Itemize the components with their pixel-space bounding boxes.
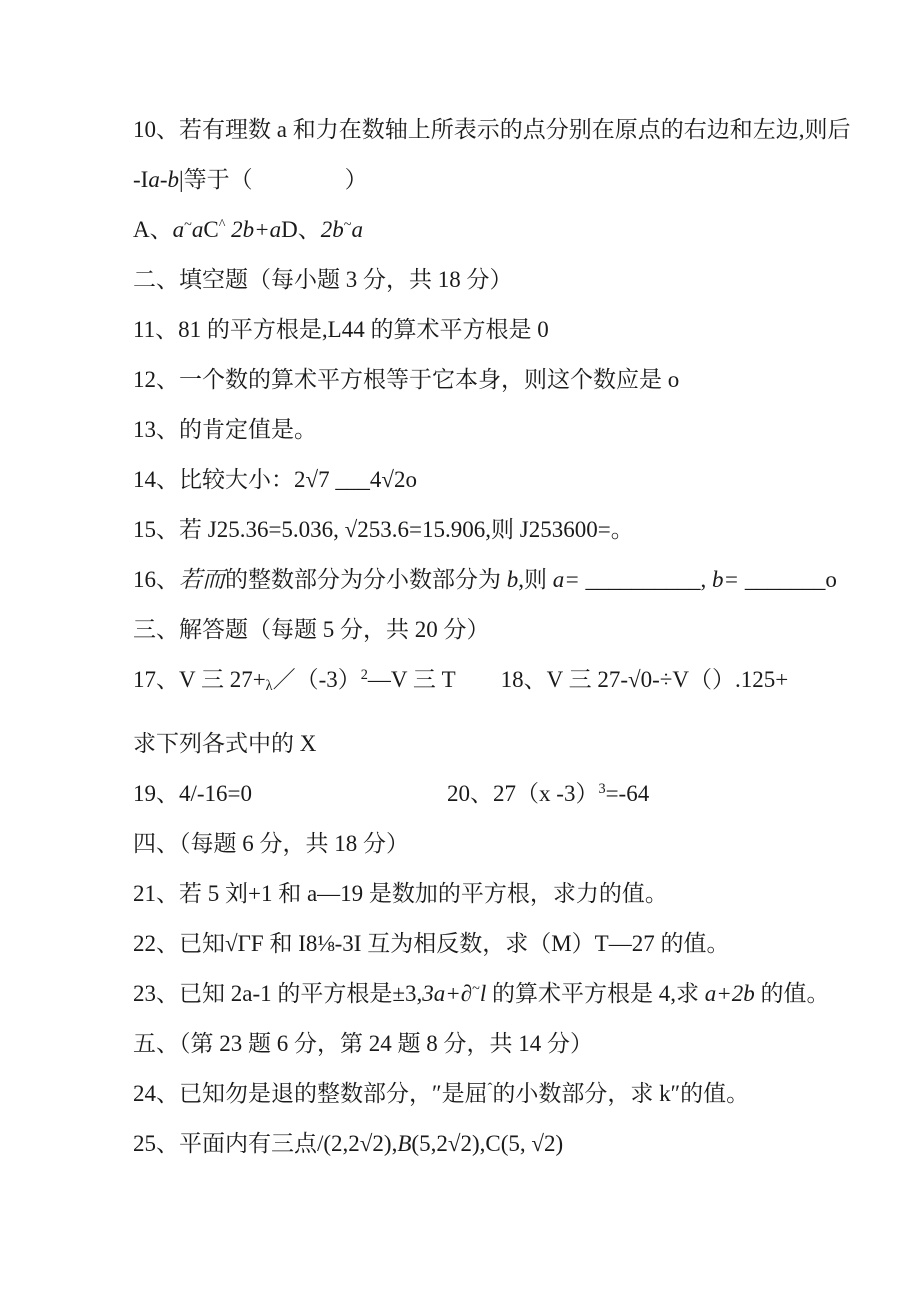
q19-q20: 19、4/-16=020、27（x -3）3=-64: [133, 769, 860, 819]
text-segment: 三、解答题（每题 5 分，共 20 分）: [133, 617, 490, 642]
text-segment: 16、: [133, 567, 179, 592]
text-segment: a: [192, 217, 204, 242]
text-segment: 求下列各式中的 X: [133, 731, 316, 756]
text-segment: A、: [133, 217, 173, 242]
text-segment: 12、一个数的算术平方根等于它本身，则这个数应是 o: [133, 367, 679, 392]
text-segment: 24、已知勿是退的整数部分，″是屈: [133, 1081, 488, 1106]
text-segment: 21、若 5 刘+1 和 a—19 是数加的平方根，求力的值。: [133, 881, 668, 906]
section-2-heading: 二、填空题（每小题 3 分，共 18 分）: [133, 255, 860, 305]
q21: 21、若 5 刘+1 和 a—19 是数加的平方根，求力的值。: [133, 869, 860, 919]
text-segment: a+2b: [705, 981, 755, 1006]
text-segment: 22、已知√ΓF 和 I8⅛-3I 互为相反数，求（M）T—27 的值。: [133, 931, 729, 956]
text-segment: 的算术平方根是 4,求: [486, 981, 705, 1006]
text-segment: 15、若 J25.36=5.036, √253.6=15.906,则 J2536…: [133, 517, 634, 542]
text-segment: 17、V 三 27+: [133, 667, 266, 692]
text-segment: 14、比较大小：2√7 ___4√2o: [133, 467, 417, 492]
text-segment: a: [173, 217, 185, 242]
text-segment: 13、的肯定值是。: [133, 417, 317, 442]
q12: 12、一个数的算术平方根等于它本身，则这个数应是 o: [133, 355, 860, 405]
text-segment: B: [397, 1131, 411, 1156]
q10-options: A、a~aC^ 2b+aD、2b~a: [133, 205, 860, 255]
text-segment: 19、4/-16=0: [133, 781, 252, 806]
text-segment: =-64: [606, 781, 650, 806]
text-segment: 18、V 三 27-√0-÷V（）.125+: [501, 667, 789, 692]
text-segment: ,: [701, 567, 713, 592]
section-4-heading: 四、（每题 6 分，共 18 分）: [133, 819, 860, 869]
text-segment: o: [825, 567, 837, 592]
q22: 22、已知√ΓF 和 I8⅛-3I 互为相反数，求（M）T—27 的值。: [133, 919, 860, 969]
text-segment: —V 三 T: [368, 667, 456, 692]
text-segment: 2b: [321, 217, 344, 242]
text-segment: b=: [712, 567, 739, 592]
text-segment: 若而: [179, 567, 225, 592]
text-segment: 23、已知 2a-1 的平方根是±3,: [133, 981, 422, 1006]
text-segment: ~: [184, 217, 192, 233]
text-segment: 五、（第 23 题 6 分，第 24 题 8 分，共 14 分）: [133, 1031, 593, 1056]
q14: 14、比较大小：2√7 ___4√2o: [133, 455, 860, 505]
q10-stem-line1: 10、若有理数 a 和力在数轴上所表示的点分别在原点的右边和左边,则后: [133, 105, 860, 155]
q24: 24、已知勿是退的整数部分，″是屈ˆ的小数部分，求 k″的值。: [133, 1069, 860, 1119]
text-segment: 3: [598, 781, 605, 797]
text-segment: 的值。: [755, 981, 830, 1006]
scanned-exam-page: 10、若有理数 a 和力在数轴上所表示的点分别在原点的右边和左边,则后-Ia-b…: [0, 0, 920, 1301]
q25: 25、平面内有三点/(2,2√2),B(5,2√2),C(5, √2): [133, 1119, 860, 1169]
q16: 16、若而的整数部分为分小数部分为 b,则 a= __________, b= …: [133, 555, 860, 605]
text-segment: 10、若有理数 a 和力在数轴上所表示的点分别在原点的右边和左边,则后: [133, 117, 850, 142]
text-segment: 的整数部分为分小数部分为: [225, 567, 507, 592]
text-segment: (5,2√2),C(5, √2): [411, 1131, 563, 1156]
text-segment: λ: [266, 678, 273, 694]
text-segment: ／（-3）: [273, 667, 361, 692]
text-segment: __________: [580, 567, 701, 592]
section-3-heading: 三、解答题（每题 5 分，共 20 分）: [133, 605, 860, 655]
text-segment: a=: [553, 567, 580, 592]
text-segment: 四、（每题 6 分，共 18 分）: [133, 831, 409, 856]
text-segment: a: [352, 217, 364, 242]
text-segment: ,则: [518, 567, 553, 592]
text-segment: D、: [281, 217, 321, 242]
document-body: 10、若有理数 a 和力在数轴上所表示的点分别在原点的右边和左边,则后-Ia-b…: [0, 0, 920, 1169]
text-segment: -I: [133, 167, 148, 192]
q15: 15、若 J25.36=5.036, √253.6=15.906,则 J2536…: [133, 505, 860, 555]
section-5-heading: 五、（第 23 题 6 分，第 24 题 8 分，共 14 分）: [133, 1019, 860, 1069]
q17-q18: 17、V 三 27+λ／（-3）2—V 三 T18、V 三 27-√0-÷V（）…: [133, 655, 860, 705]
text-segment: b: [507, 567, 519, 592]
q23: 23、已知 2a-1 的平方根是±3,3a+∂~l 的算术平方根是 4,求 a+…: [133, 969, 860, 1019]
text-segment: _______: [739, 567, 825, 592]
text-segment: 二、填空题（每小题 3 分，共 18 分）: [133, 267, 513, 292]
text-segment: 3a+∂: [422, 981, 472, 1006]
q13: 13、的肯定值是。: [133, 405, 860, 455]
text-segment: 的小数部分，求 k″的值。: [492, 1081, 749, 1106]
text-segment: ~: [472, 981, 480, 997]
q11: 11、81 的平方根是,L44 的算术平方根是 0: [133, 305, 860, 355]
text-segment: 11、81 的平方根是,L44 的算术平方根是 0: [133, 317, 549, 342]
text-segment: 2b+a: [231, 217, 281, 242]
text-segment: 20、27（x -3）: [447, 781, 598, 806]
text-segment: a-b: [148, 167, 179, 192]
text-segment: 25、平面内有三点/(2,2√2),: [133, 1131, 397, 1156]
text-segment: C: [203, 217, 218, 242]
text-segment: ~: [344, 217, 352, 233]
find-x-instruction: 求下列各式中的 X: [133, 719, 860, 769]
q10-stem-line2: -Ia-b|等于（ ）: [133, 155, 860, 205]
text-segment: |等于（ ）: [179, 167, 368, 192]
text-segment: 2: [361, 667, 368, 683]
